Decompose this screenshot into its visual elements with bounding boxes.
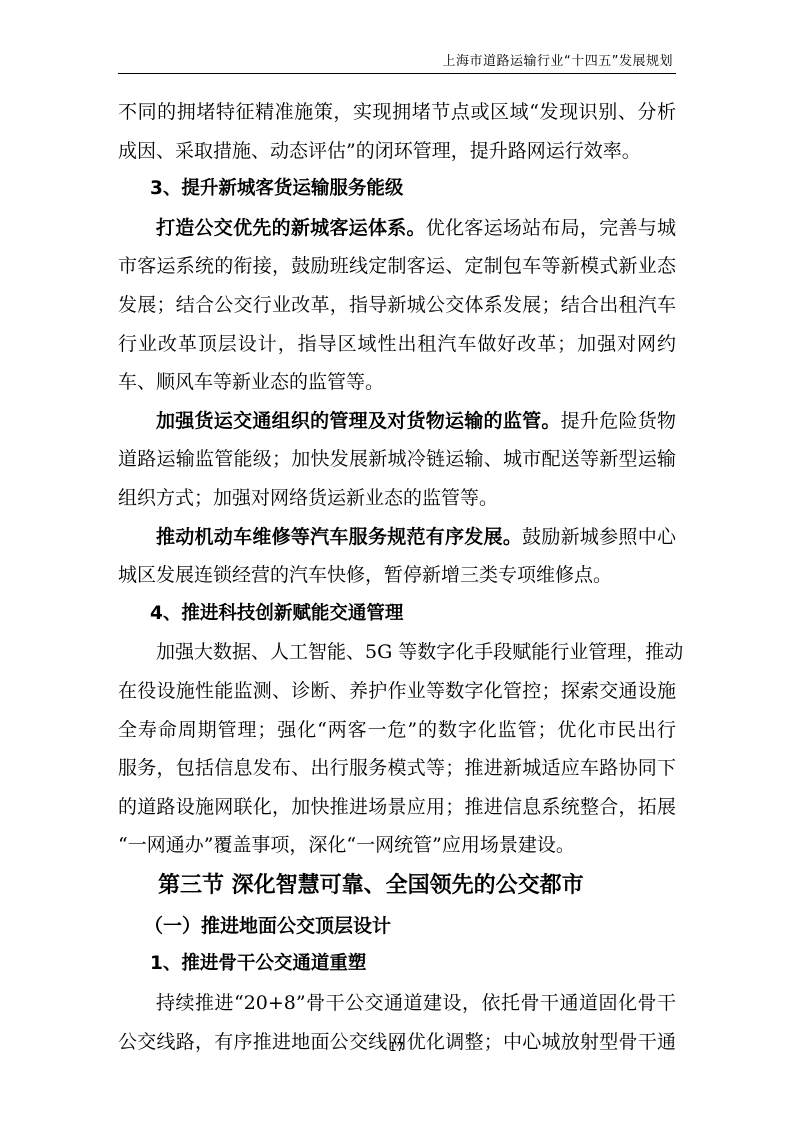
paragraph-line: 行业改革顶层设计，指导区域性出租汽车做好改革；加强对网约: [118, 325, 676, 364]
paragraph-line: “一网通办”覆盖事项，深化“一网统管”应用场景建设。: [118, 826, 676, 865]
paragraph-line: 车、顺风车等新业态的监管等。: [118, 363, 676, 402]
paragraph-line: 市客运系统的衔接，鼓励班线定制客运、定制包车等新模式新业态: [118, 247, 676, 286]
paragraph-line: 的道路设施网联化，加快推进场景应用；推进信息系统整合，拓展: [118, 788, 676, 827]
section-title: 第三节 深化智慧可靠、全国领先的公交都市: [118, 865, 676, 907]
paragraph-line: 发展；结合公交行业改革，指导新城公交体系发展；结合出租汽车: [118, 286, 676, 325]
paragraph-line: 服务，包括信息发布、出行服务模式等；推进新城适应车路协同下: [118, 749, 676, 788]
paragraph-line: 城区发展连锁经营的汽车快修，暂停新增三类专项维修点。: [118, 556, 676, 595]
lead-sentence: 推动机动车维修等汽车服务规范有序发展。: [156, 526, 522, 548]
page-number: 17: [0, 1040, 793, 1054]
subsection-title: （一）推进地面公交顶层设计: [118, 907, 676, 946]
paragraph-line: 全寿命周期管理；强化“两客一危”的数字化监管；优化市民出行: [118, 711, 676, 750]
lead-sentence: 加强货运交通组织的管理及对货物运输的监管。: [156, 410, 561, 432]
page-body: 不同的拥堵特征精准施策，实现拥堵节点或区域“发现识别、分析 成因、采取措施、动态…: [118, 93, 676, 1061]
paragraph-line: 打造公交优先的新城客运体系。优化客运场站布局，完善与城: [118, 209, 676, 248]
heading-1: 1、推进骨干公交通道重塑: [118, 945, 676, 984]
heading-4: 4、推进科技创新赋能交通管理: [118, 595, 676, 634]
paragraph-line: 成因、采取措施、动态评估”的闭环管理，提升路网运行效率。: [118, 132, 676, 171]
lead-sentence: 打造公交优先的新城客运体系。: [156, 217, 426, 239]
header-rule: [118, 73, 676, 74]
paragraph-line: 加强大数据、人工智能、5G 等数字化手段赋能行业管理，推动: [118, 633, 676, 672]
paragraph-line: 组织方式；加强对网络货运新业态的监管等。: [118, 479, 676, 518]
paragraph-line: 推动机动车维修等汽车服务规范有序发展。鼓励新城参照中心: [118, 518, 676, 557]
paragraph-text: 提升危险货物: [561, 410, 676, 432]
paragraph-text: 优化客运场站布局，完善与城: [426, 217, 676, 239]
paragraph-line: 持续推进“20+8”骨干公交通道建设，依托骨干通道固化骨干: [118, 984, 676, 1023]
paragraph-line: 加强货运交通组织的管理及对货物运输的监管。提升危险货物: [118, 402, 676, 441]
paragraph-line: 在役设施性能监测、诊断、养护作业等数字化管控；探索交通设施: [118, 672, 676, 711]
running-header-title: 上海市道路运输行业“十四五”发展规划: [443, 50, 673, 69]
paragraph-text: 鼓励新城参照中心: [522, 526, 676, 548]
paragraph-line: 不同的拥堵特征精准施策，实现拥堵节点或区域“发现识别、分析: [118, 93, 676, 132]
heading-3: 3、提升新城客货运输服务能级: [118, 170, 676, 209]
paragraph-line: 道路运输监管能级；加快发展新城冷链运输、城市配送等新型运输: [118, 440, 676, 479]
